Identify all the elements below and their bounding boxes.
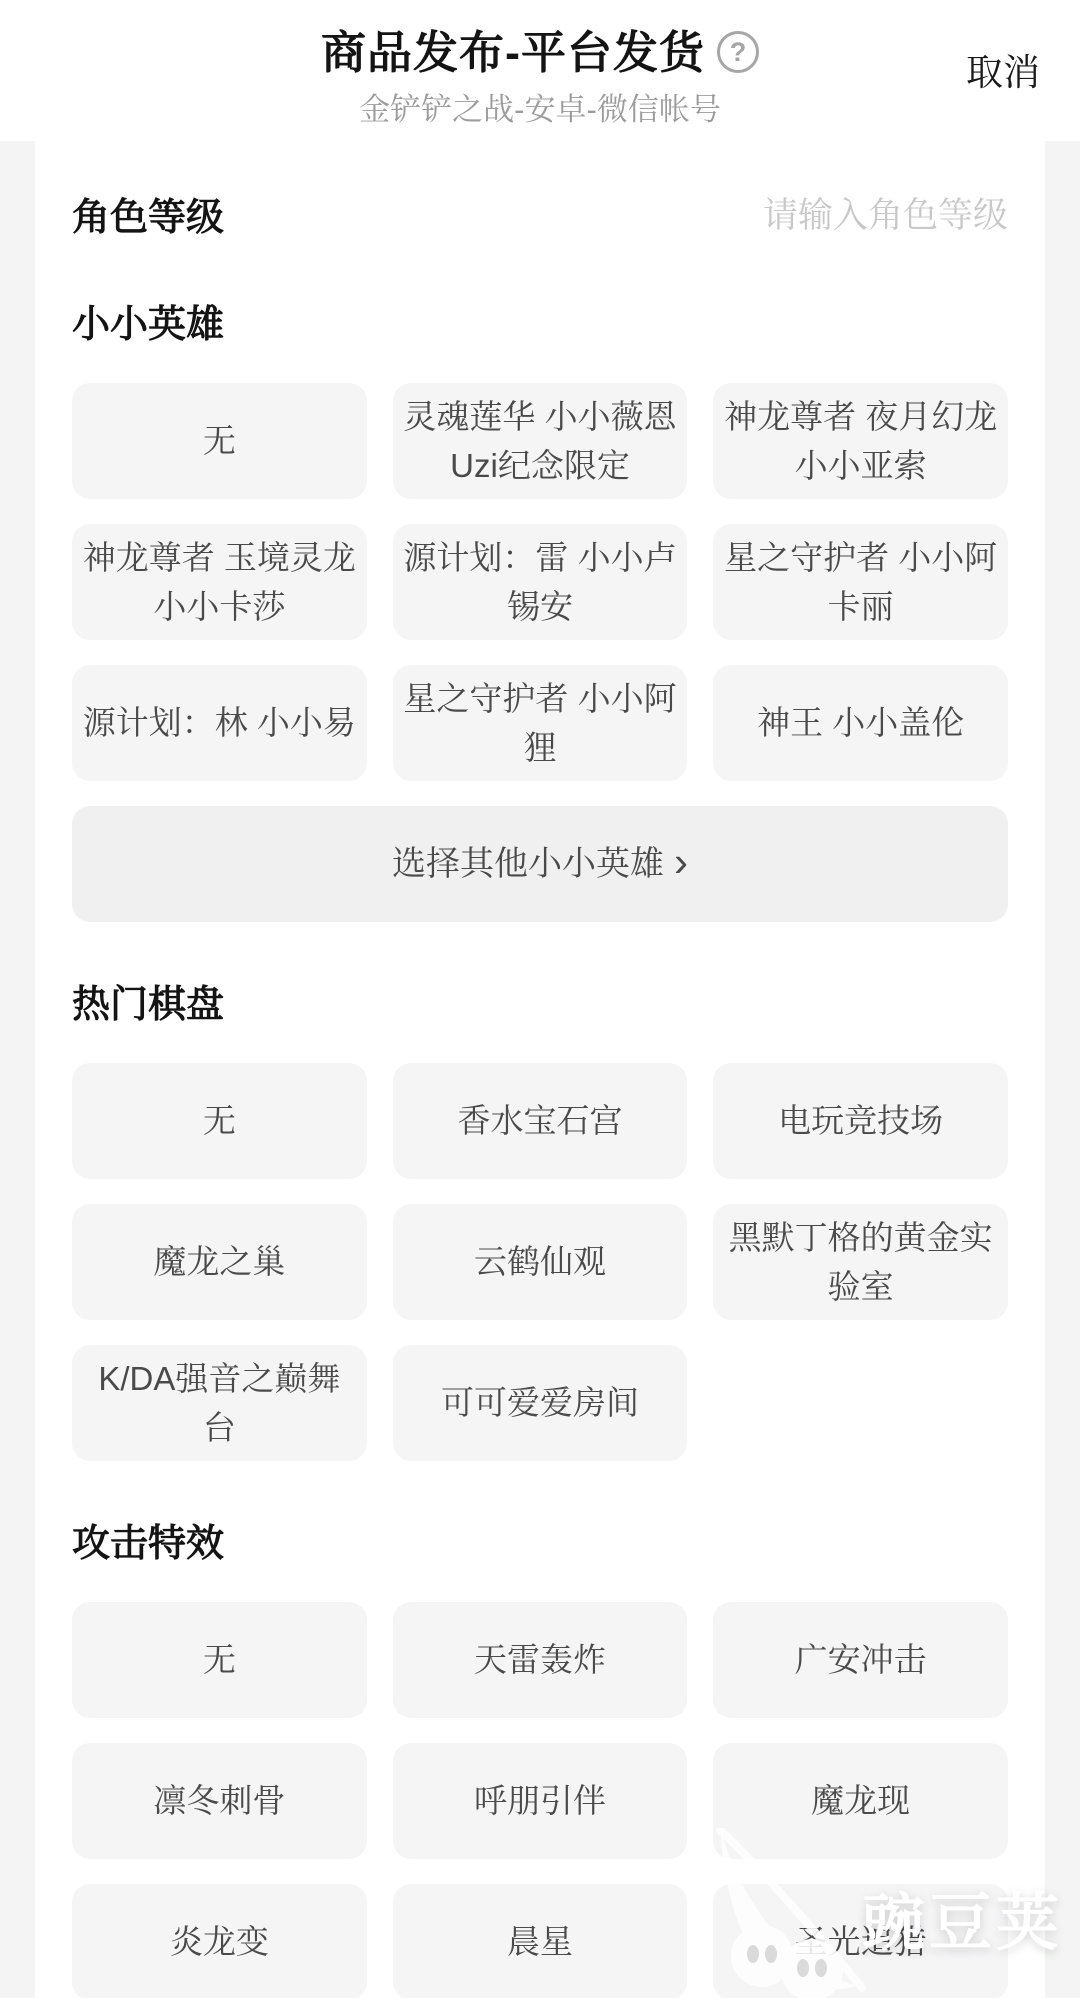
content-card: 角色等级 请输入角色等级 小小英雄 无灵魂莲华 小小薇恩 Uzi纪念限定神龙尊者… bbox=[35, 141, 1045, 1998]
option-button[interactable]: 炎龙变 bbox=[72, 1884, 367, 1998]
page-title: 商品发布-平台发货 bbox=[321, 30, 705, 75]
cancel-button[interactable]: 取消 bbox=[966, 54, 1040, 91]
level-input[interactable]: 请输入角色等级 bbox=[763, 188, 1008, 238]
option-button[interactable]: 电玩竞技场 bbox=[713, 1063, 1008, 1179]
option-button[interactable]: 晨星 bbox=[393, 1884, 688, 1998]
chevron-right-icon: › bbox=[674, 841, 688, 883]
option-button[interactable]: 无 bbox=[72, 383, 367, 499]
option-button[interactable]: 源计划：林 小小易 bbox=[72, 665, 367, 781]
title-row: 商品发布-平台发货 ? bbox=[0, 24, 1080, 80]
section-title: 小小英雄 bbox=[72, 302, 1008, 348]
help-icon[interactable]: ? bbox=[717, 31, 759, 73]
option-button[interactable]: 星之守护者 小小阿狸 bbox=[393, 665, 688, 781]
option-button[interactable]: 无 bbox=[72, 1063, 367, 1179]
option-grid: 无天雷轰炸广安冲击凛冬刺骨呼朋引伴魔龙现炎龙变晨星圣光追猎 bbox=[72, 1602, 1008, 1998]
option-button[interactable]: 黑默丁格的黄金实验室 bbox=[713, 1204, 1008, 1320]
option-button[interactable]: 呼朋引伴 bbox=[393, 1743, 688, 1859]
option-button[interactable]: 广安冲击 bbox=[713, 1602, 1008, 1718]
option-button[interactable]: 凛冬刺骨 bbox=[72, 1743, 367, 1859]
option-button[interactable]: 天雷轰炸 bbox=[393, 1602, 688, 1718]
option-button[interactable]: 神龙尊者 夜月幻龙 小小亚索 bbox=[713, 383, 1008, 499]
more-options-label: 选择其他小小英雄 bbox=[392, 839, 664, 890]
option-button[interactable]: 源计划：雷 小小卢锡安 bbox=[393, 524, 688, 640]
option-grid: 无灵魂莲华 小小薇恩 Uzi纪念限定神龙尊者 夜月幻龙 小小亚索神龙尊者 玉境灵… bbox=[72, 383, 1008, 922]
option-button[interactable]: 神龙尊者 玉境灵龙 小小卡莎 bbox=[72, 524, 367, 640]
option-button[interactable]: 魔龙之巢 bbox=[72, 1204, 367, 1320]
content-background: 角色等级 请输入角色等级 小小英雄 无灵魂莲华 小小薇恩 Uzi纪念限定神龙尊者… bbox=[0, 141, 1080, 1998]
option-button[interactable]: 无 bbox=[72, 1602, 367, 1718]
option-button[interactable]: 云鹤仙观 bbox=[393, 1204, 688, 1320]
page-subtitle: 金铲铲之战-安卓-微信帐号 bbox=[0, 93, 1080, 127]
option-button[interactable]: 灵魂莲华 小小薇恩 Uzi纪念限定 bbox=[393, 383, 688, 499]
option-button[interactable]: 圣光追猎 bbox=[713, 1884, 1008, 1998]
more-options-button[interactable]: 选择其他小小英雄› bbox=[72, 806, 1008, 922]
option-grid: 无香水宝石宫电玩竞技场魔龙之巢云鹤仙观黑默丁格的黄金实验室K/DA强音之巅舞台可… bbox=[72, 1063, 1008, 1461]
option-section: 小小英雄 无灵魂莲华 小小薇恩 Uzi纪念限定神龙尊者 夜月幻龙 小小亚索神龙尊… bbox=[72, 302, 1008, 922]
level-row: 角色等级 请输入角色等级 bbox=[72, 185, 1008, 241]
option-button[interactable]: 神王 小小盖伦 bbox=[713, 665, 1008, 781]
option-button[interactable]: K/DA强音之巅舞台 bbox=[72, 1345, 367, 1461]
section-title: 攻击特效 bbox=[72, 1521, 1008, 1567]
level-label: 角色等级 bbox=[72, 186, 224, 241]
option-button[interactable]: 星之守护者 小小阿卡丽 bbox=[713, 524, 1008, 640]
option-section: 热门棋盘 无香水宝石宫电玩竞技场魔龙之巢云鹤仙观黑默丁格的黄金实验室K/DA强音… bbox=[72, 982, 1008, 1461]
sections-container: 小小英雄 无灵魂莲华 小小薇恩 Uzi纪念限定神龙尊者 夜月幻龙 小小亚索神龙尊… bbox=[72, 302, 1008, 1998]
header: 商品发布-平台发货 ? 取消 金铲铲之战-安卓-微信帐号 bbox=[0, 0, 1080, 141]
option-button[interactable]: 魔龙现 bbox=[713, 1743, 1008, 1859]
option-button[interactable]: 可可爱爱房间 bbox=[393, 1345, 688, 1461]
option-section: 攻击特效 无天雷轰炸广安冲击凛冬刺骨呼朋引伴魔龙现炎龙变晨星圣光追猎 bbox=[72, 1521, 1008, 1998]
section-title: 热门棋盘 bbox=[72, 982, 1008, 1028]
option-button[interactable]: 香水宝石宫 bbox=[393, 1063, 688, 1179]
